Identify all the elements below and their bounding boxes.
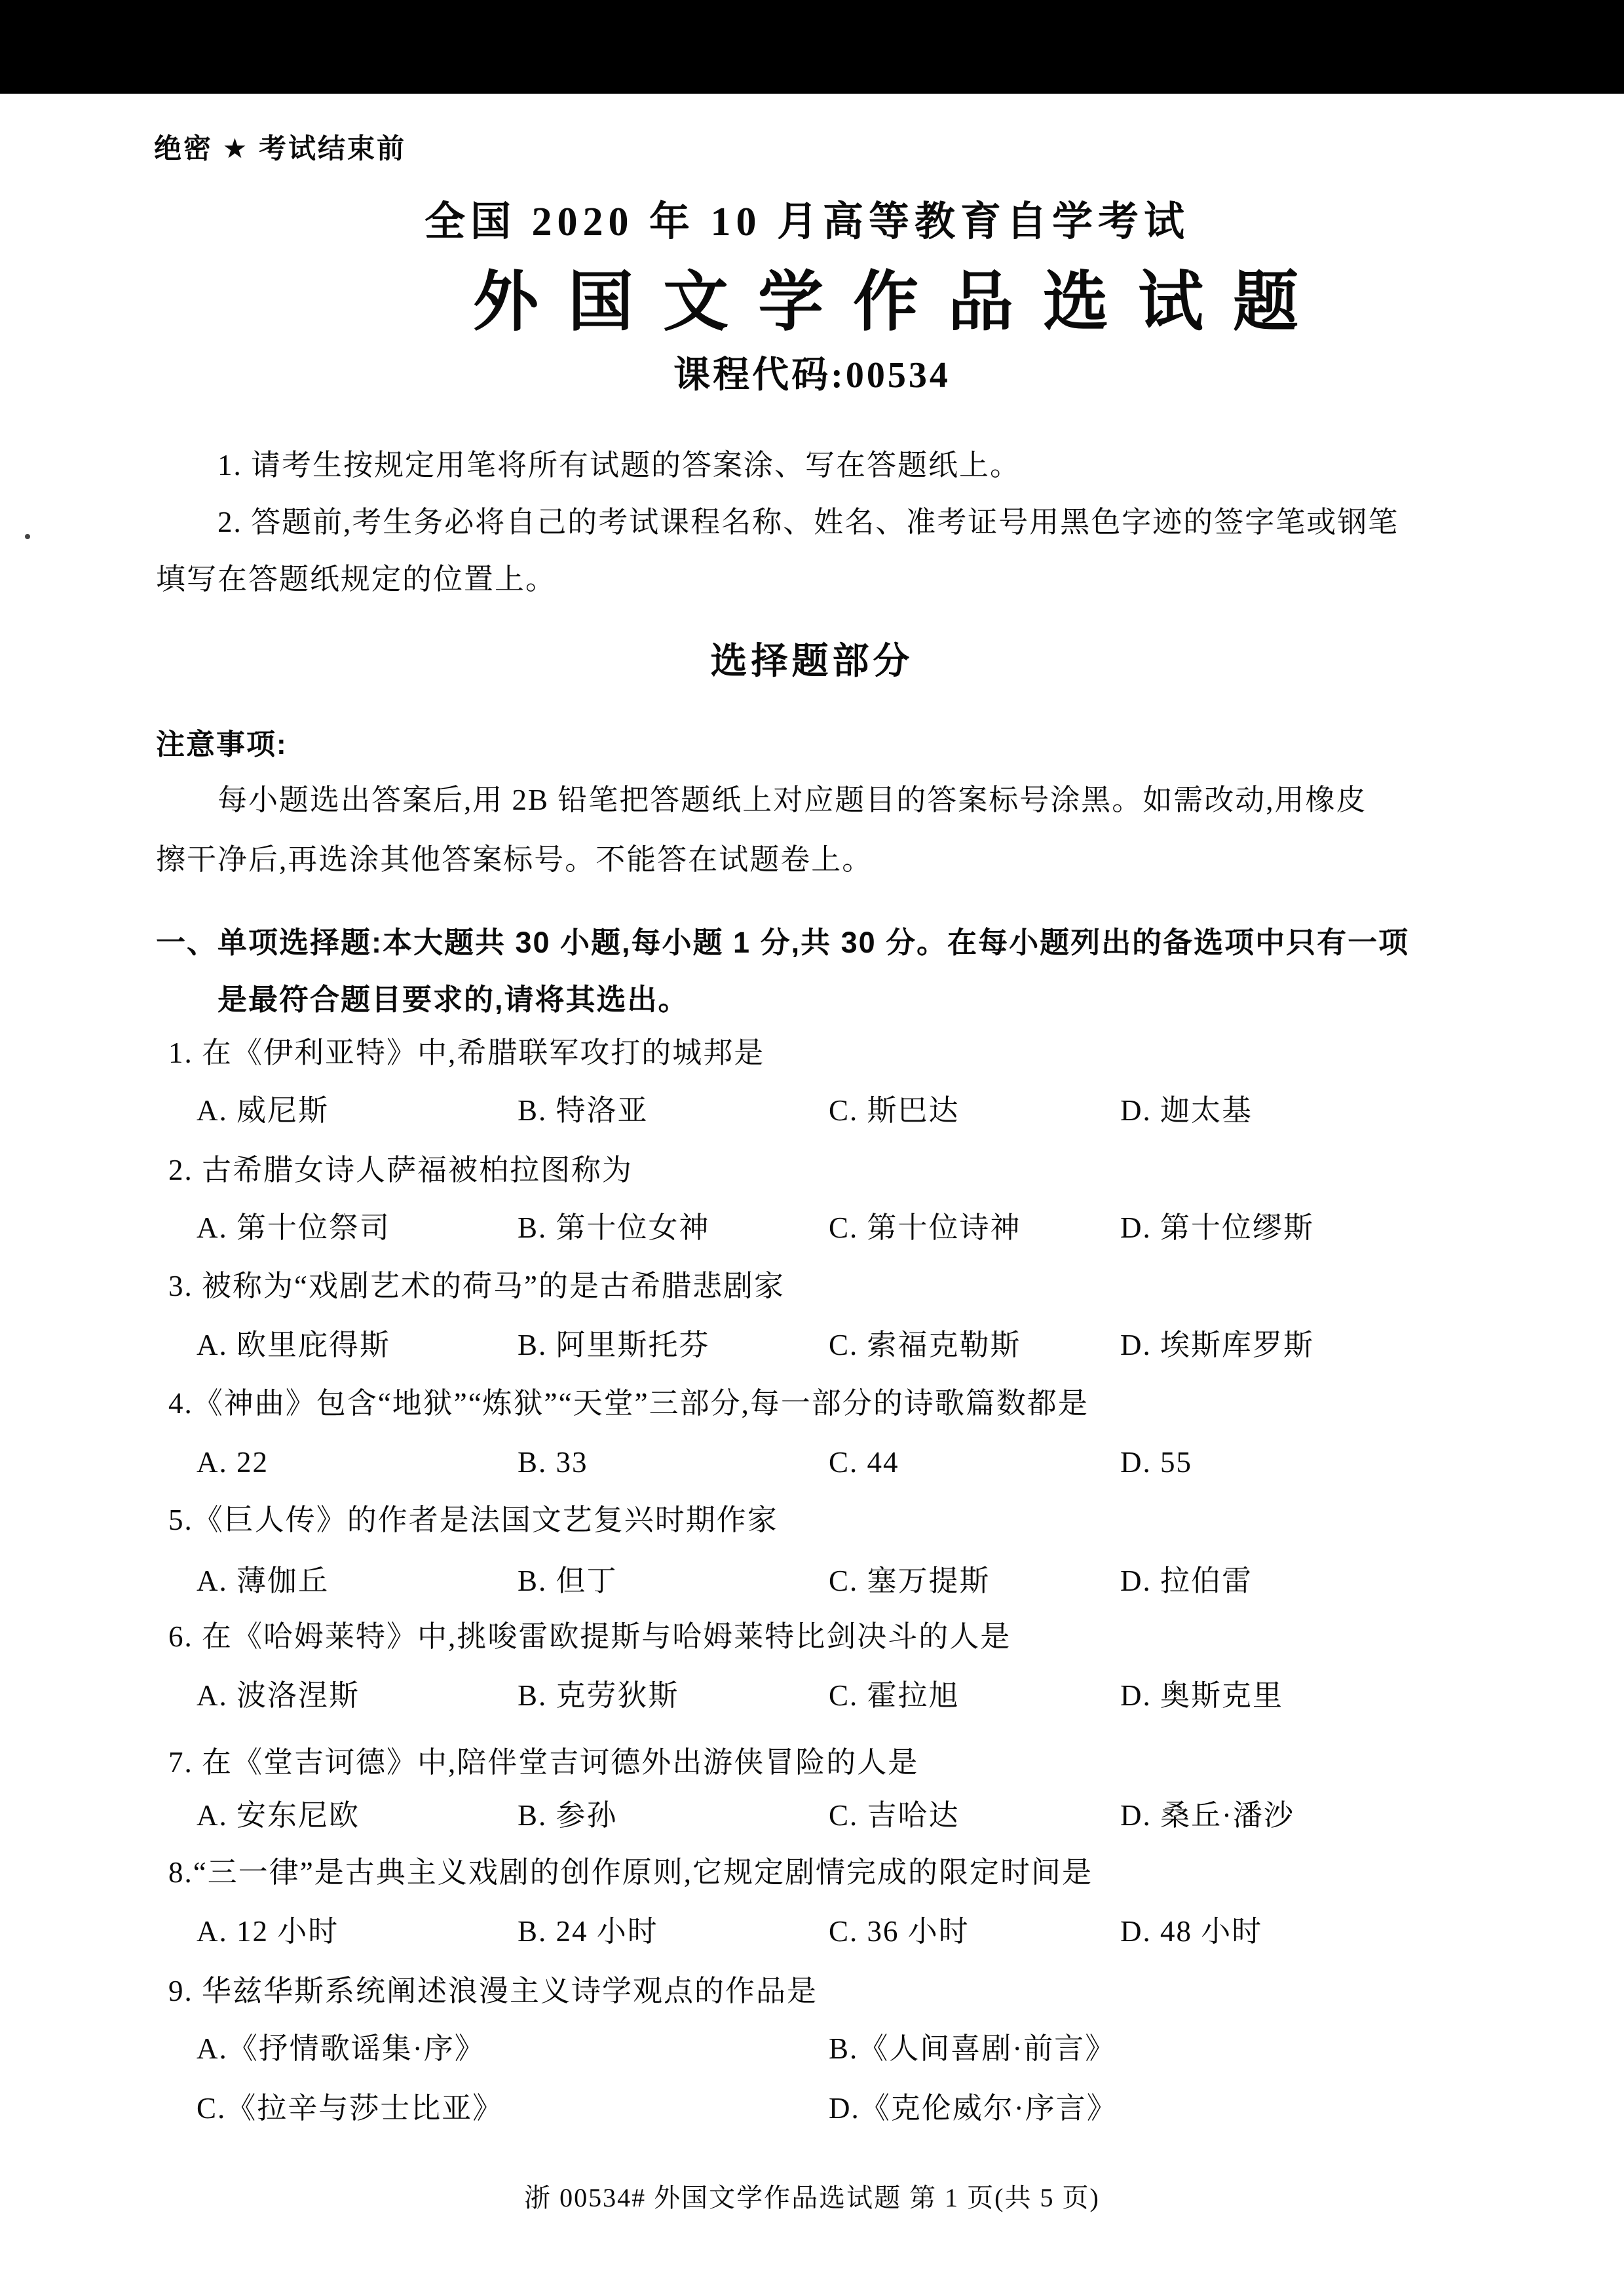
question-5-stem: 5.《巨人传》的作者是法国文艺复兴时期作家 — [168, 1504, 778, 1536]
instruction-item-2-line2: 填写在答题纸规定的位置上。 — [156, 563, 556, 596]
instruction-item-1: 1. 请考生按规定用笔将所有试题的答案涂、写在答题纸上。 — [217, 449, 1021, 482]
question-3-option-c: C. 索福克勒斯 — [829, 1329, 1021, 1361]
question-9-options-row1: A.《抒情歌谣集·序》 B.《人间喜剧·前言》 — [0, 2032, 1624, 2072]
question-2-stem: 2. 古希腊女诗人萨福被柏拉图称为 — [168, 1154, 633, 1186]
page-footer: 浙 00534# 外国文学作品选试题 第 1 页(共 5 页) — [0, 2184, 1624, 2213]
question-9-stem: 9. 华兹华斯系统阐述浪漫主义诗学观点的作品是 — [168, 1975, 818, 2007]
question-9-option-d: D.《克伦威尔·序言》 — [829, 2092, 1118, 2125]
question-7-option-c: C. 吉哈达 — [829, 1799, 960, 1832]
question-3-option-a: A. 欧里庇得斯 — [197, 1329, 390, 1361]
question-3-option-b: B. 阿里斯托芬 — [518, 1329, 710, 1361]
question-5-option-c: C. 塞万提斯 — [829, 1564, 991, 1597]
question-7-option-a: A. 安东尼欧 — [197, 1799, 360, 1832]
question-8-option-a: A. 12 小时 — [197, 1915, 339, 1948]
question-8-option-b: B. 24 小时 — [518, 1915, 658, 1948]
question-9-option-c: C.《拉辛与莎士比亚》 — [197, 2092, 503, 2125]
question-6-options: A. 波洛涅斯 B. 克劳狄斯 C. 霍拉旭 D. 奥斯克里 — [0, 1679, 1624, 1718]
question-5-option-b: B. 但丁 — [518, 1564, 618, 1597]
question-6-option-a: A. 波洛涅斯 — [197, 1679, 360, 1712]
question-4-option-b: B. 33 — [518, 1446, 588, 1479]
question-1-stem: 1. 在《伊利亚特》中,希腊联军攻打的城邦是 — [168, 1036, 765, 1069]
question-3-option-d: D. 埃斯库罗斯 — [1120, 1329, 1314, 1361]
question-1-option-b: B. 特洛亚 — [518, 1094, 649, 1127]
question-2-options: A. 第十位祭司 B. 第十位女神 C. 第十位诗神 D. 第十位缪斯 — [0, 1211, 1624, 1251]
question-7-option-b: B. 参孙 — [518, 1799, 618, 1832]
question-9-option-b: B.《人间喜剧·前言》 — [829, 2032, 1116, 2065]
question-5-options: A. 薄伽丘 B. 但丁 C. 塞万提斯 D. 拉伯雷 — [0, 1564, 1624, 1604]
scan-speck — [25, 534, 30, 539]
question-1-options: A. 威尼斯 B. 特洛亚 C. 斯巴达 D. 迦太基 — [0, 1094, 1624, 1133]
question-2-option-b: B. 第十位女神 — [518, 1211, 710, 1244]
question-6-option-d: D. 奥斯克里 — [1120, 1679, 1283, 1712]
question-2-option-a: A. 第十位祭司 — [197, 1211, 390, 1244]
instruction-item-2-line1: 2. 答题前,考生务必将自己的考试课程名称、姓名、准考证号用黑色字迹的签字笔或钢… — [217, 506, 1399, 539]
question-4-options: A. 22 B. 33 C. 44 D. 55 — [0, 1446, 1624, 1485]
notes-line1: 每小题选出答案后,用 2B 铅笔把答题纸上对应题目的答案标号涂黑。如需改动,用橡… — [217, 784, 1367, 816]
question-8-option-c: C. 36 小时 — [829, 1915, 970, 1948]
part1-heading-line2: 是最符合题目要求的,请将其选出。 — [217, 983, 689, 1016]
notes-line2: 擦干净后,再选涂其他答案标号。不能答在试题卷上。 — [156, 843, 873, 876]
question-6-option-c: C. 霍拉旭 — [829, 1679, 960, 1712]
exam-title-line1: 全国 2020 年 10 月高等教育自学考试 — [425, 200, 1190, 245]
question-7-options: A. 安东尼欧 B. 参孙 C. 吉哈达 D. 桑丘·潘沙 — [0, 1799, 1624, 1838]
exam-paper-page: 绝密 ★ 考试结束前 全国 2020 年 10 月高等教育自学考试 外国文学作品… — [0, 0, 1624, 2274]
question-4-option-d: D. 55 — [1120, 1446, 1192, 1479]
question-5-option-a: A. 薄伽丘 — [197, 1564, 329, 1597]
question-6-option-b: B. 克劳狄斯 — [518, 1679, 679, 1712]
course-code: 课程代码:00534 — [0, 355, 1624, 396]
question-4-option-a: A. 22 — [197, 1446, 269, 1479]
question-7-option-d: D. 桑丘·潘沙 — [1120, 1799, 1294, 1832]
question-3-options: A. 欧里庇得斯 B. 阿里斯托芬 C. 索福克勒斯 D. 埃斯库罗斯 — [0, 1329, 1624, 1368]
scan-black-bar — [0, 0, 1624, 94]
exam-title-line2: 外国文学作品选试题 — [473, 265, 1328, 339]
question-4-stem: 4.《神曲》包含“地狱”“炼狱”“天堂”三部分,每一部分的诗歌篇数都是 — [168, 1387, 1089, 1420]
question-8-option-d: D. 48 小时 — [1120, 1915, 1262, 1948]
question-8-stem: 8.“三一律”是古典主义戏剧的创作原则,它规定剧情完成的限定时间是 — [168, 1856, 1093, 1889]
question-4-option-c: C. 44 — [829, 1446, 899, 1479]
question-1-option-a: A. 威尼斯 — [197, 1094, 329, 1127]
question-9-options-row2: C.《拉辛与莎士比亚》 D.《克伦威尔·序言》 — [0, 2092, 1624, 2131]
question-1-option-c: C. 斯巴达 — [829, 1094, 960, 1127]
classification-banner: 绝密 ★ 考试结束前 — [154, 133, 406, 164]
question-2-option-d: D. 第十位缪斯 — [1120, 1211, 1314, 1244]
part1-heading-line1: 一、单项选择题:本大题共 30 小题,每小题 1 分,共 30 分。在每小题列出… — [156, 926, 1409, 959]
question-3-stem: 3. 被称为“戏剧艺术的荷马”的是古希腊悲剧家 — [168, 1270, 785, 1302]
question-5-option-d: D. 拉伯雷 — [1120, 1564, 1253, 1597]
question-2-option-c: C. 第十位诗神 — [829, 1211, 1021, 1244]
question-9-option-a: A.《抒情歌谣集·序》 — [197, 2032, 485, 2065]
question-1-option-d: D. 迦太基 — [1120, 1094, 1253, 1127]
choice-section-heading: 选择题部分 — [0, 641, 1624, 682]
question-7-stem: 7. 在《堂吉诃德》中,陪伴堂吉诃德外出游侠冒险的人是 — [168, 1746, 918, 1779]
notes-label: 注意事项: — [156, 729, 288, 761]
question-8-options: A. 12 小时 B. 24 小时 C. 36 小时 D. 48 小时 — [0, 1915, 1624, 1954]
question-6-stem: 6. 在《哈姆莱特》中,挑唆雷欧提斯与哈姆莱特比剑决斗的人是 — [168, 1620, 1011, 1653]
